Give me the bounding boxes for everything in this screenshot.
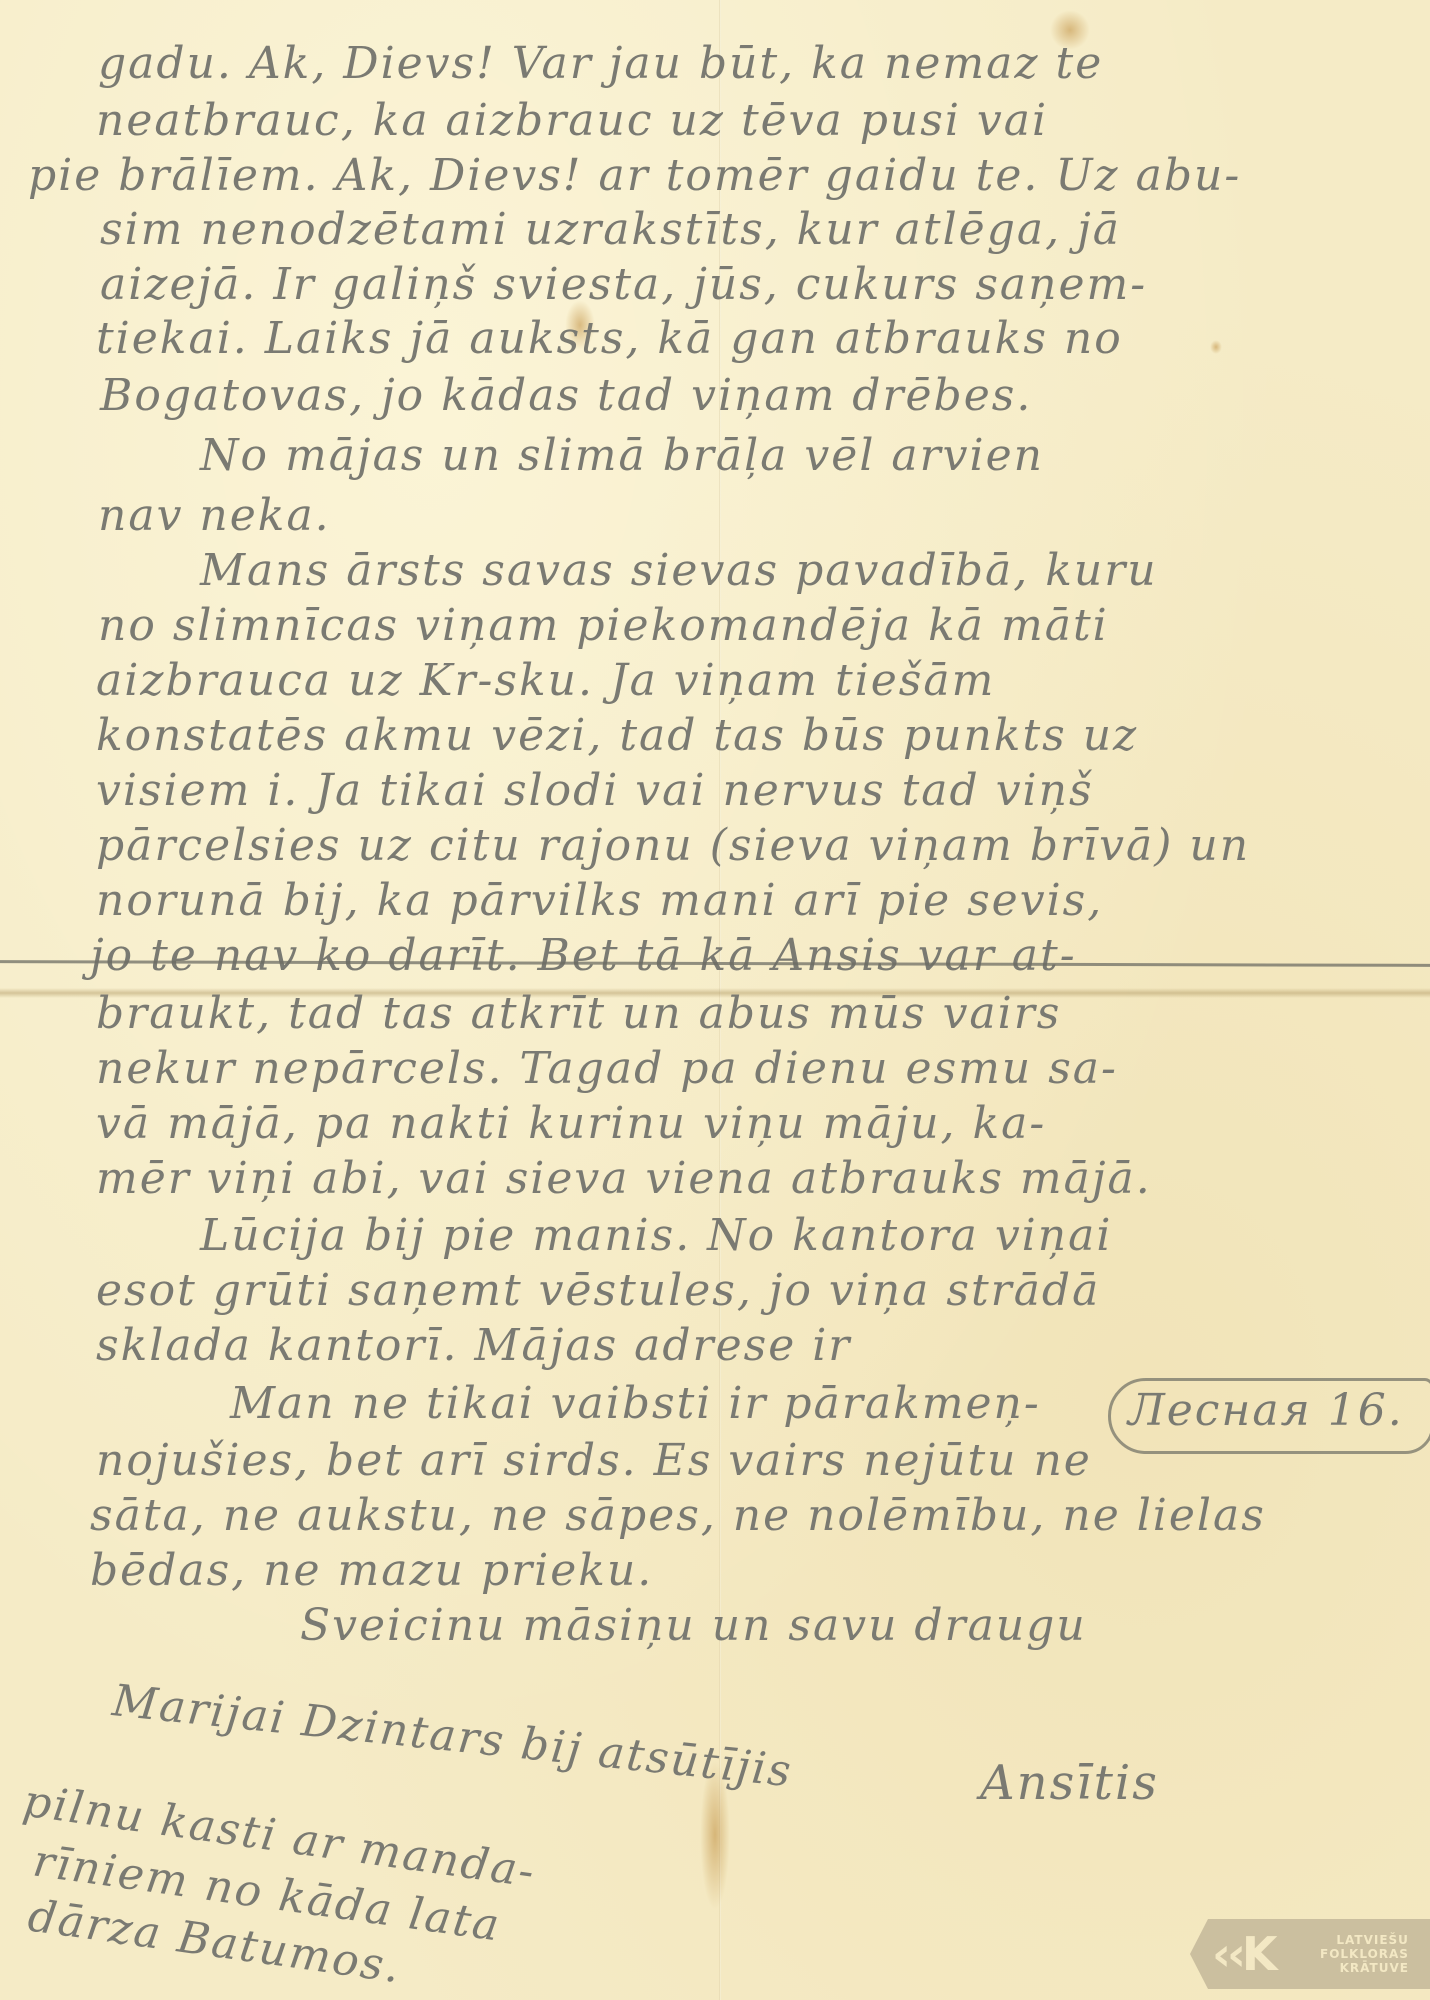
signature: Ansītis: [980, 1755, 1159, 1811]
letter-line: Sveicinu māsiņu un savu draugu: [300, 1600, 1087, 1651]
letter-line: esot grūti saņemt vēstules, jo viņa strā…: [96, 1265, 1100, 1316]
stain: [1210, 340, 1222, 354]
logo-line: FOLKLORAS: [1320, 1947, 1409, 1961]
letter-line: mēr viņi abi, vai sieva viena atbrauks m…: [96, 1153, 1152, 1204]
letter-line: visiem i. Ja tikai slodi vai nervus tad …: [96, 765, 1094, 816]
letter-line: konstatēs akmu vēzi, tad tas būs punkts …: [96, 710, 1138, 761]
letter-line: Bogatovas, jo kādas tad viņam drēbes.: [100, 370, 1032, 421]
letter-line: Lūcija bij pie manis. No kantora viņai: [200, 1210, 1112, 1261]
logo-line: KRĀTUVE: [1320, 1961, 1409, 1975]
letter-line: No mājas un slimā brāļa vēl arvien: [200, 430, 1044, 481]
letter-line: neatbrauc, ka aizbrauc uz tēva pusi vai: [96, 95, 1048, 146]
letter-line: no slimnīcas viņam piekomandēja kā māti: [98, 600, 1109, 651]
letter-line: Mans ārsts savas sievas pavadībā, kuru: [200, 545, 1158, 596]
letter-line: norunā bij, ka pārvilks mani arī pie sev…: [96, 875, 1103, 926]
letter-line: tiekai. Laiks jā auksts, kā gan atbrauks…: [96, 313, 1123, 364]
letter-line: pie brālīem. Ak, Dievs! ar tomēr gaidu t…: [28, 150, 1241, 201]
letter-line: gadu. Ak, Dievs! Var jau būt, ka nemaz t…: [98, 38, 1103, 89]
letter-line: nekur nepārcels. Tagad pa dienu esmu sa-: [96, 1043, 1118, 1094]
logo-line: LATVIEŠU: [1320, 1933, 1409, 1947]
letter-line: nav neka.: [98, 490, 331, 541]
letter-line-struck: jo te nav ko darīt. Bet tā kā Ansis var …: [90, 930, 1077, 981]
letter-line: Man ne tikai vaibsti ir pārakmeņ-: [230, 1378, 1041, 1429]
logo-text: LATVIEŠU FOLKLORAS KRĀTUVE: [1320, 1933, 1409, 1975]
circled-address: Лесная 16.: [1128, 1385, 1404, 1436]
letter-line: pārcelsies uz citu rajonu (sieva viņam b…: [96, 820, 1250, 871]
letter-line: sāta, ne aukstu, ne sāpes, ne nolēmību, …: [90, 1490, 1266, 1541]
letter-line: bēdas, ne mazu prieku.: [90, 1545, 653, 1596]
archive-logo: ‹‹K LATVIEŠU FOLKLORAS KRĀTUVE: [1190, 1919, 1430, 1989]
letter-line: aizejā. Ir galiņš sviesta, jūs, cukurs s…: [100, 259, 1147, 310]
letter-line: braukt, tad tas atkrīt un abus mūs vairs: [96, 988, 1061, 1039]
letter-line: aizbrauca uz Kr-sku. Ja viņam tiešām: [96, 655, 995, 706]
lfk-logo-icon: ‹‹K: [1212, 1927, 1312, 1981]
letter-line: nojušies, bet arī sirds. Es vairs nejūtu…: [96, 1435, 1092, 1486]
letter-line: vā mājā, pa nakti kurinu viņu māju, ka-: [96, 1098, 1046, 1149]
letter-line: sim nenodzētami uzrakstīts, kur atlēga, …: [100, 204, 1121, 255]
letter-line: sklada kantorī. Mājas adrese ir: [96, 1320, 851, 1371]
